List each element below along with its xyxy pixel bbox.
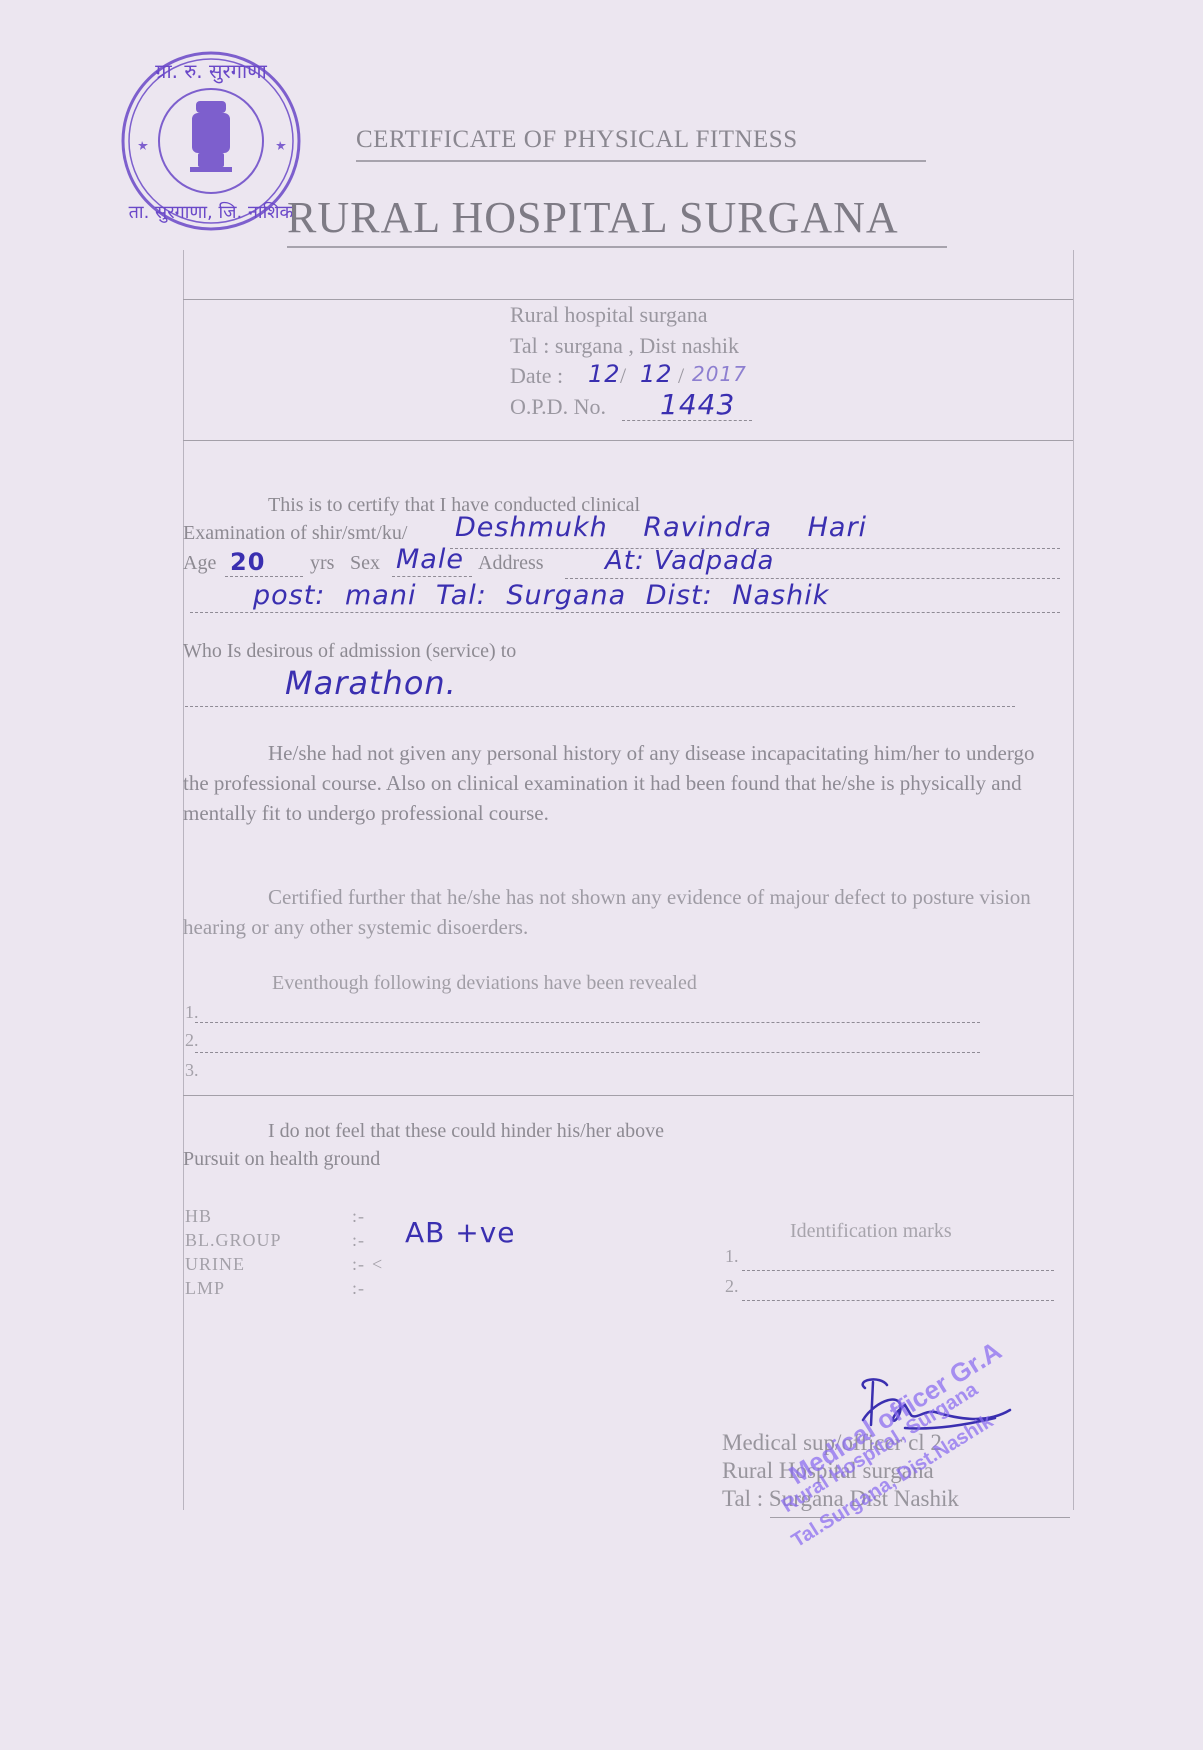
sex-label: Sex — [350, 552, 380, 575]
closing-line-1: I do not feel that these could hinder hi… — [268, 1120, 664, 1143]
date-separator-2: / — [678, 363, 684, 389]
date-day-value: 12 — [588, 360, 621, 388]
address-label: Address — [478, 552, 544, 575]
address-rule — [183, 440, 1073, 441]
address-line2-rule — [190, 612, 1060, 613]
deviation-line-2 — [195, 1052, 980, 1053]
address-line1-value: At: Vadpada — [605, 546, 774, 576]
date-separator-1: / — [620, 363, 626, 389]
date-label: Date : — [510, 363, 563, 389]
deviations-intro: Eventhough following deviations have bee… — [272, 972, 697, 995]
sex-value: Male — [396, 544, 464, 575]
hospital-address-line2: Tal : surgana , Dist nashik — [510, 333, 739, 359]
opd-number-value: 1443 — [660, 388, 735, 421]
age-value: 20 — [230, 548, 265, 576]
blood-group-value: AB +ve — [405, 1216, 516, 1249]
hospital-title: RURAL HOSPITAL SURGANA — [287, 192, 899, 243]
identification-item-2: 2. — [725, 1276, 739, 1297]
admission-label: Who Is desirous of admission (service) t… — [183, 640, 516, 663]
address-line2-value: post: mani Tal: Surgana Dist: Nashik — [253, 580, 829, 611]
examination-label: Examination of shir/smt/ku/ — [183, 522, 407, 545]
lab-blood-group-label: BL.GROUP — [185, 1230, 282, 1251]
hospital-address-line1: Rural hospital surgana — [510, 302, 708, 328]
certificate-title-underline — [356, 160, 926, 162]
svg-text:ग्रा. रु. सुरगाणा: ग्रा. रु. सुरगाणा — [155, 59, 267, 84]
sex-line — [392, 576, 472, 577]
identification-item-1: 1. — [725, 1246, 739, 1267]
identification-title: Identification marks — [790, 1220, 952, 1243]
patient-name-value: Deshmukh Ravindra Hari — [455, 512, 867, 543]
age-line — [225, 576, 303, 577]
age-label: Age — [183, 552, 216, 575]
deviations-bottom-rule — [183, 1095, 1073, 1096]
history-paragraph: He/she had not given any personal histor… — [183, 738, 1063, 828]
identification-line-1 — [742, 1270, 1054, 1271]
date-month-value: 12 — [640, 360, 673, 388]
frame-right-line — [1073, 250, 1074, 1510]
hospital-title-underline — [287, 246, 947, 248]
lab-hb-label: HB — [185, 1206, 212, 1227]
lab-urine-sep: :- — [352, 1254, 365, 1275]
svg-text:ता. सुरगाणा, जि. नाशिक: ता. सुरगाणा, जि. नाशिक — [129, 201, 295, 223]
yrs-label: yrs — [310, 552, 334, 575]
identification-line-2 — [742, 1300, 1054, 1301]
date-year-value: 2017 — [692, 362, 747, 386]
government-emblem-seal-icon: ग्रा. रु. सुरगाणा ता. सुरगाणा, जि. नाशिक — [116, 46, 306, 236]
header-rule — [183, 299, 1073, 300]
lab-blood-group-sep: :- — [352, 1230, 365, 1251]
lab-urine-label: URINE — [185, 1254, 245, 1275]
address-line1-rule — [565, 578, 1060, 579]
urine-value: < — [372, 1254, 383, 1275]
closing-line-2: Pursuit on health ground — [183, 1148, 380, 1171]
lab-lmp-label: LMP — [185, 1278, 225, 1299]
deviation-item-3: 3. — [185, 1060, 199, 1081]
opd-label: O.P.D. No. — [510, 394, 606, 420]
further-certification-paragraph: Certified further that he/she has not sh… — [183, 882, 1063, 942]
certificate-title: CERTIFICATE OF PHYSICAL FITNESS — [356, 126, 798, 154]
admission-line — [185, 706, 1015, 707]
deviation-item-1: 1. — [185, 1002, 199, 1023]
opd-number-line — [622, 420, 752, 421]
deviation-line-1 — [195, 1022, 980, 1023]
admission-value: Marathon. — [285, 664, 457, 702]
frame-left-line — [183, 250, 184, 1510]
lab-lmp-sep: :- — [352, 1278, 365, 1299]
deviation-item-2: 2. — [185, 1030, 199, 1051]
lab-hb-sep: :- — [352, 1206, 365, 1227]
